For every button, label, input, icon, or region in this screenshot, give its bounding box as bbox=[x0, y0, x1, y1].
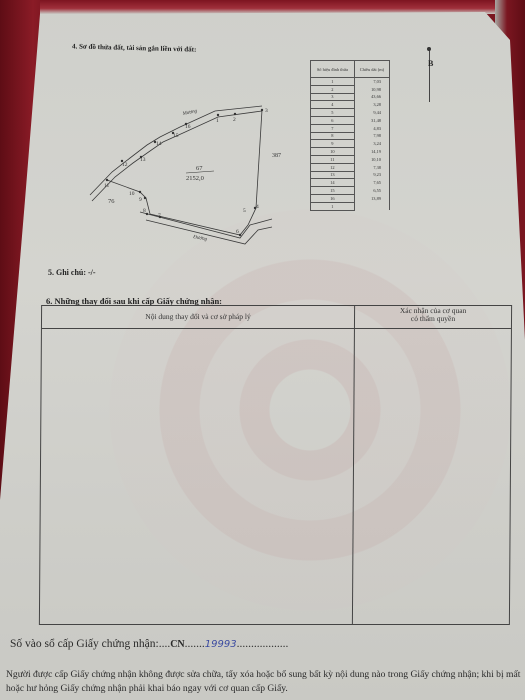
coord-point: 10 bbox=[311, 148, 355, 156]
coord-row: 343,66 bbox=[311, 93, 390, 101]
coord-row: 17,03 bbox=[311, 78, 390, 86]
coord-length: 7,65 bbox=[354, 179, 389, 187]
coord-row: 43,28 bbox=[311, 101, 390, 109]
coord-length: 9,23 bbox=[354, 171, 389, 179]
coord-length: 7,03 bbox=[354, 78, 389, 86]
point-label-9: 9 bbox=[139, 197, 142, 203]
point-label-14: 14 bbox=[156, 141, 162, 147]
coord-row: 156,55 bbox=[311, 187, 390, 195]
coord-length: 43,66 bbox=[354, 93, 389, 101]
point-label-4: 4 bbox=[256, 204, 259, 210]
coord-col-point-header: Số hiệu đỉnh thửa bbox=[311, 61, 355, 78]
coord-row: 139,23 bbox=[311, 171, 390, 179]
coord-length: 4,83 bbox=[354, 124, 389, 132]
coord-row: 74,83 bbox=[311, 124, 390, 132]
coord-point: 16 bbox=[311, 194, 355, 202]
coord-row: 210,98 bbox=[311, 85, 390, 93]
north-label: B bbox=[428, 59, 433, 68]
point-label-1: 1 bbox=[216, 118, 219, 124]
point-label-5: 5 bbox=[243, 208, 246, 214]
coord-point: 14 bbox=[311, 179, 355, 187]
coord-length: 3,28 bbox=[354, 101, 389, 109]
point-label-3: 3 bbox=[265, 108, 268, 114]
coord-point: 13 bbox=[311, 171, 355, 179]
point-label-10: 10 bbox=[129, 191, 135, 197]
coord-point: 3 bbox=[311, 93, 355, 101]
coord-row: 87,98 bbox=[311, 132, 390, 140]
coord-point: 8 bbox=[311, 132, 355, 140]
parcel-area: 2152,0 bbox=[186, 175, 204, 182]
confirmation-header-line2: có thẩm quyền bbox=[355, 315, 511, 323]
coord-row: 1 bbox=[311, 202, 390, 210]
coord-length bbox=[354, 202, 389, 210]
coord-length: 10,98 bbox=[354, 85, 389, 93]
coord-point: 4 bbox=[311, 101, 355, 109]
parcel-number: 67 bbox=[196, 165, 203, 172]
point-label-6: 6 bbox=[236, 229, 239, 235]
coord-point: 1 bbox=[311, 202, 355, 210]
point-label-16: 16 bbox=[185, 124, 191, 130]
coord-point: 11 bbox=[311, 155, 355, 163]
neighbor-west: 76 bbox=[108, 198, 115, 205]
coord-col-length-header: Chiều dài (m) bbox=[354, 61, 389, 78]
north-arrow bbox=[429, 48, 430, 102]
coord-length: 7,98 bbox=[354, 132, 389, 140]
coord-point: 2 bbox=[311, 85, 355, 93]
coord-row: 93,24 bbox=[311, 140, 390, 148]
coord-row: 1110,10 bbox=[311, 155, 390, 163]
changes-table-divider bbox=[352, 306, 355, 624]
registry-label: Số vào sổ cấp Giấy chứng nhận: bbox=[10, 638, 159, 650]
coord-point: 15 bbox=[311, 187, 355, 195]
coord-row: 1613,89 bbox=[311, 194, 390, 202]
registry-prefix: CN bbox=[170, 639, 184, 650]
coord-row: 147,65 bbox=[311, 179, 390, 187]
coord-point: 9 bbox=[311, 140, 355, 148]
point-label-12: 12 bbox=[122, 162, 128, 168]
point-label-15: 15 bbox=[173, 133, 179, 139]
neighbor-east: 387 bbox=[272, 153, 281, 159]
changes-table: Nội dung thay đổi và cơ sở pháp lý Xác n… bbox=[39, 305, 512, 625]
coord-length: 9,44 bbox=[354, 109, 389, 117]
coord-length: 14,19 bbox=[354, 148, 389, 156]
changes-col-confirmation-header: Xác nhận của cơ quan có thẩm quyền bbox=[355, 307, 511, 323]
feature-canal: Mương bbox=[181, 109, 198, 117]
point-label-11: 11 bbox=[104, 183, 110, 189]
north-arrow-head bbox=[427, 47, 431, 51]
coord-row: 1014,19 bbox=[311, 148, 390, 156]
coord-row: 631,48 bbox=[311, 116, 390, 124]
certificate-notice: Người được cấp Giấy chứng nhận không đượ… bbox=[6, 668, 525, 696]
coord-point: 7 bbox=[311, 124, 355, 132]
coord-row: 127,38 bbox=[311, 163, 390, 171]
point-label-8: 8 bbox=[143, 208, 146, 214]
coord-length: 7,38 bbox=[354, 163, 389, 171]
coord-length: 31,48 bbox=[354, 116, 389, 124]
feature-road: Đường bbox=[192, 235, 208, 243]
registry-number: 19993 bbox=[205, 639, 237, 650]
coord-length: 3,24 bbox=[354, 140, 389, 148]
coord-point: 5 bbox=[311, 109, 355, 117]
section5-heading: 5. Ghi chú: -/- bbox=[48, 268, 96, 277]
coord-length: 6,55 bbox=[354, 187, 389, 195]
registry-number-line: Số vào sổ cấp Giấy chứng nhận:....CN....… bbox=[10, 638, 288, 650]
coord-point: 12 bbox=[311, 163, 355, 171]
point-label-2: 2 bbox=[233, 117, 236, 123]
coord-row: 59,44 bbox=[311, 109, 390, 117]
point-label-7: 7 bbox=[158, 213, 161, 219]
coord-point: 1 bbox=[311, 78, 355, 86]
changes-col-content-header: Nội dung thay đổi và cơ sở pháp lý bbox=[42, 312, 354, 321]
coord-length: 10,10 bbox=[354, 155, 389, 163]
point-label-13: 13 bbox=[140, 157, 146, 163]
coord-point: 6 bbox=[311, 116, 355, 124]
coordinate-table: Số hiệu đỉnh thửa Chiều dài (m) 17,03210… bbox=[310, 60, 390, 211]
coord-length: 13,89 bbox=[354, 194, 389, 202]
